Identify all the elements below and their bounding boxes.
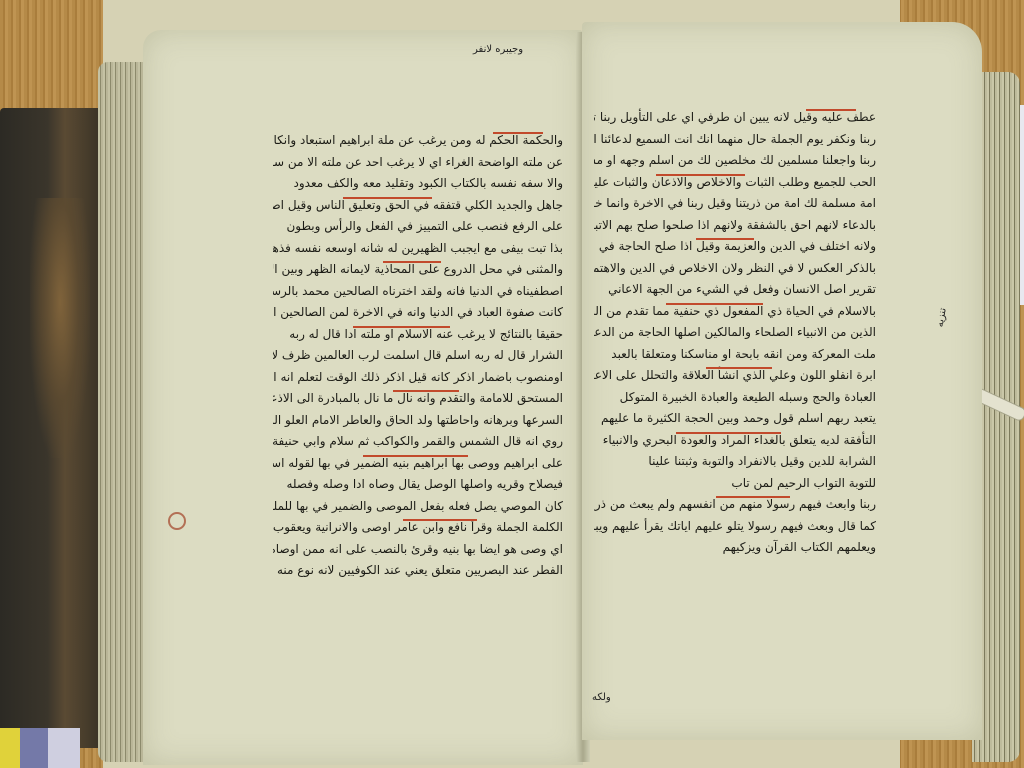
rubric-overline [343,197,432,199]
rubric-overline [383,261,441,263]
rubric-overline [716,496,790,498]
text-line: الشرار قال له ربه اسلم قال اسلمت لرب الع… [273,345,563,367]
line-text: ولانه اختلف في الدين والعزيمة وقيل اذا ص… [594,239,876,253]
text-line: عطف عليه وقيل لانه يبين ان طرفي اي على ا… [594,107,876,129]
text-line: اومنصوب باضمار اذكر كانه قيل اذكر ذلك ال… [273,367,563,389]
line-text: الحب للجميع وطلب الثبات والاخلاص والاذعا… [594,175,876,189]
rubric-overline [393,390,459,392]
text-line: الحب للجميع وطلب الثبات والاخلاص والاذعا… [594,172,876,194]
text-line: حقيقا بالنتائج لا يرغب عنه الاسلام او مل… [273,324,563,346]
line-text: والمثنى في محل الدروع على المحاذية لايما… [273,262,563,276]
rubric-overline [696,238,754,240]
header-note: وجيبره لانفر [473,44,523,55]
open-manuscript: وجيبره لانفر والحكمة الحكم له ومن يرغب ع… [98,22,1020,764]
line-text: التأفقة لديه يتعلق بالغداء المراد والعود… [603,433,876,447]
line-text: الكلمة الجملة وقرأ نافع وابن عامر اوصى و… [273,520,563,534]
text-line: الذين من الانبياء الصلحاء والمالكين اصله… [594,322,876,344]
text-line: التأفقة لديه يتعلق بالغداء المراد والعود… [594,430,876,452]
text-line: على ابراهيم ووصى بها ابراهيم بنيه الضمير… [273,453,563,475]
text-line: للتوبة التواب الرحيم لمن تاب [594,473,876,495]
text-line: عن ملته الواضحة الغراء اي لا يرغب احد عن… [273,152,563,174]
left-text-block: والحكمة الحكم له ومن يرغب عن ملة ابراهيم… [273,130,563,582]
text-line: يتعبد ربهم اسلم قول وحمد وبين الحجة الكث… [594,408,876,430]
text-line: تقرير اصل الانسان وفعل في الشيء من الجهة… [594,279,876,301]
seal-stamp [168,512,186,530]
text-line: ولانه اختلف في الدين والعزيمة وقيل اذا ص… [594,236,876,258]
rubric-overline [806,109,856,111]
text-line: الشرابة للدين وقيل بالانفراد والتوبة وثب… [594,451,876,473]
right-text-block: عطف عليه وقيل لانه يبين ان طرفي اي على ا… [594,107,876,559]
rubric-overline [353,326,450,328]
line-text: ربنا وابعث فيهم رسولا منهم من انفسهم ولم… [594,497,876,511]
text-line: بالاسلام في الحياة ذي المفعول ذي حنفية م… [594,301,876,323]
rubric-overline [706,367,772,369]
line-text: المستحق للامامة والتقدم وانه نال ما نال … [273,391,563,405]
left-page: وجيبره لانفر والحكمة الحكم له ومن يرغب ع… [143,30,583,765]
text-line: والحكمة الحكم له ومن يرغب عن ملة ابراهيم… [273,130,563,152]
text-line: كان الموصي يصل فعله بفعل الموصى والضمير … [273,496,563,518]
text-line: اي وصى هو ايضا بها بنيه وقرئ بالنصب على … [273,539,563,561]
text-line: والا سفه نفسه بالكتاب الكبود وتقليد معه … [273,173,563,195]
text-line: روي انه قال الشمس والقمر والكواكب ثم سلا… [273,431,563,453]
text-line: على الرفع فنصب على التمييز في الفعل والر… [273,216,563,238]
text-line: امة مسلمة لك امة من ذريتنا وقيل ربنا في … [594,193,876,215]
rubric-overline [656,174,745,176]
text-line: فيصلاح وقريه واصلها الوصل يقال وصاه ادا … [273,474,563,496]
rubric-overline [493,132,543,134]
rubric-overline [676,432,781,434]
text-line: الفطر عند البصريين متعلق يعني عند الكوفي… [273,560,563,582]
text-line: بالدعاء لانهم احق بالشفقة ولانهم اذا صلح… [594,215,876,237]
text-line: ربنا وابعث فيهم رسولا منهم من انفسهم ولم… [594,494,876,516]
text-line: بذا تبت بيفى مع ايجبب الظهيرين له شانه ا… [273,238,563,260]
marginal-note: تنزيه [935,307,949,328]
text-line: السرعها وبرهانه واحاطتها ولد الحاق والعا… [273,410,563,432]
text-line: ابرة انفلو اللون وعلي الذي انشأ العلاقة … [594,365,876,387]
line-text: حقيقا بالنتائج لا يرغب عنه الاسلام او مل… [289,327,563,341]
line-text: بالاسلام في الحياة ذي المفعول ذي حنفية م… [594,304,876,318]
line-text: على ابراهيم ووصى بها ابراهيم بنيه الضمير… [273,456,563,470]
text-line: العبادة والحج وسبله الطيعة والعبادة الخب… [594,387,876,409]
text-line: والمثنى في محل الدروع على المحاذية لايما… [273,259,563,281]
rubric-overline [403,519,477,521]
text-line: المستحق للامامة والتقدم وانه نال ما نال … [273,388,563,410]
worn-patch [30,198,90,458]
text-line: ربنا واجعلنا مسلمين لك مخلصين لك من اسلم… [594,150,876,172]
text-line: اصطفيناه في الدنيا فانه ولقد اخترناه الص… [273,281,563,303]
line-text: جاهل والجديد الكلي قتفقه في الحق وتعليق … [273,198,563,212]
line-text: ابرة انفلو اللون وعلي الذي انشأ العلاقة … [594,368,876,382]
text-line: ملت المعركة ومن انقه بابحة او مناسكنا وم… [594,344,876,366]
text-line: جاهل والجديد الكلي قتفقه في الحق وتعليق … [273,195,563,217]
book-stack [0,728,80,768]
text-line: ربنا ونكفر يوم الجملة حال منهما انك انت … [594,129,876,151]
text-line: بالذكر العكس لا في النظر ولان الاخلاص في… [594,258,876,280]
line-text: والحكمة الحكم له ومن يرغب عن ملة ابراهيم… [273,133,563,147]
text-line: كما قال وبعث فيهم رسولا يتلو عليهم اياتك… [594,516,876,538]
right-page: تنزيه ولكه عطف عليه وقيل لانه يبين ان طر… [582,22,982,740]
rubric-overline [666,303,763,305]
text-line: كانت صفوة العباد في الدنيا وانه في الاخر… [273,302,563,324]
bottom-note: ولكه [592,692,611,703]
rubric-overline [363,455,468,457]
text-line: ويعلمهم الكتاب القرآن ويزكيهم [594,537,876,559]
line-text: عطف عليه وقيل لانه يبين ان طرفي اي على ا… [594,110,876,124]
text-line: الكلمة الجملة وقرأ نافع وابن عامر اوصى و… [273,517,563,539]
